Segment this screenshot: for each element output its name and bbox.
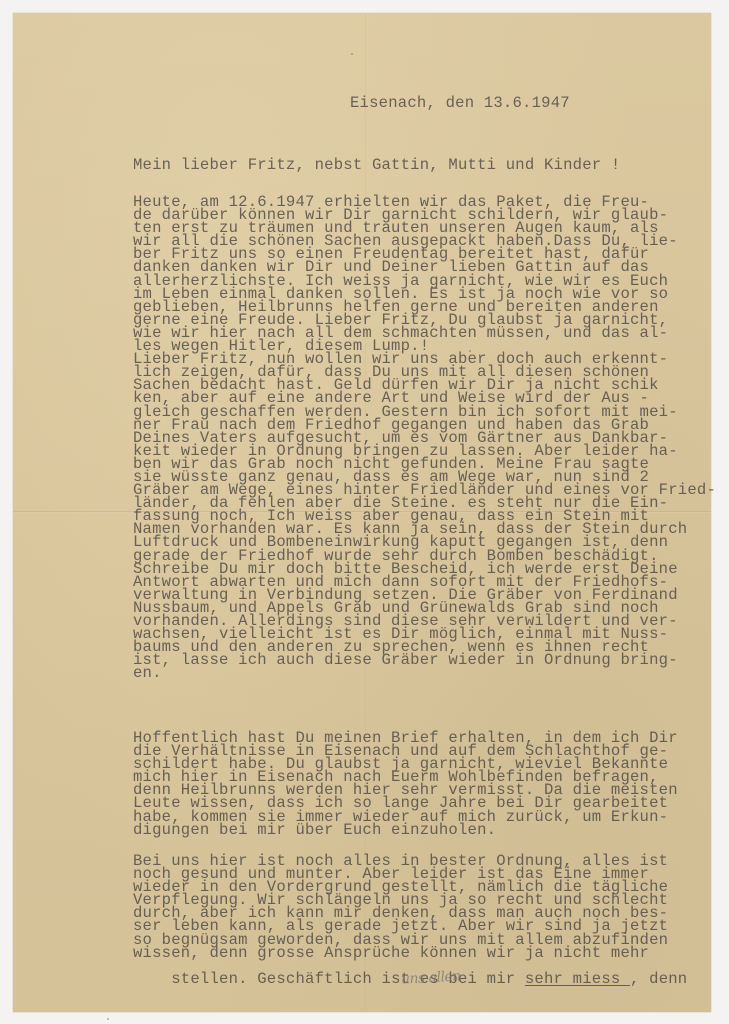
text-line: ist, lasse ich auch diese Gräber wieder … <box>133 654 716 667</box>
text-line: digungen bei mir über Euch einzuholen. <box>133 824 678 837</box>
text-line: wissen, denn grosse Ansprüche können wir… <box>133 947 668 960</box>
handwritten-annotation: uns allen <box>401 968 462 987</box>
text-line: en. <box>133 667 716 680</box>
paper-speck <box>107 1018 109 1020</box>
underlined-phrase: sehr miess <box>525 970 630 988</box>
paragraph-2: Hoffentlich hast Du meinen Brief erhalte… <box>133 732 678 837</box>
letter-page: Eisenach, den 13.6.1947 Mein lieber Frit… <box>13 13 711 1012</box>
paragraph-3: Bei uns hier ist noch alles in bester Or… <box>133 855 668 960</box>
dateline: Eisenach, den 13.6.1947 <box>350 97 570 110</box>
salutation: Mein lieber Fritz, nebst Gattin, Mutti u… <box>133 159 620 172</box>
paper-speck <box>351 53 353 55</box>
paragraph-1: Heute, am 12.6.1947 erhielten wir das Pa… <box>133 196 716 680</box>
paper-speck <box>469 350 471 352</box>
last-line-text: stellen. Geschäftlich ist es bei mir <box>171 970 525 988</box>
last-line-end: , denn <box>630 970 687 988</box>
